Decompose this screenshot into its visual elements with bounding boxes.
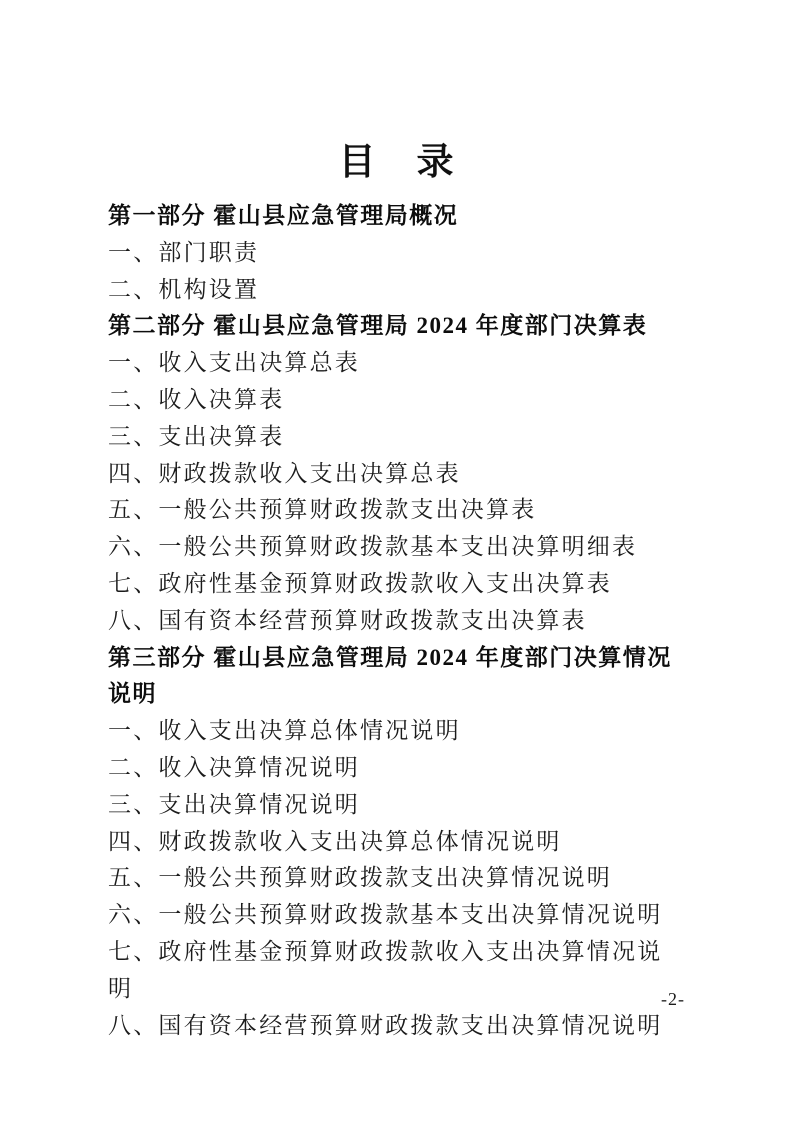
- page-title: 目 录: [108, 140, 686, 184]
- toc-item: 三、支出决算情况说明: [108, 787, 686, 824]
- toc-item: 六、一般公共预算财政拨款基本支出决算情况说明: [108, 897, 686, 934]
- toc-section-3-heading: 第三部分 霍山县应急管理局 2024 年度部门决算情况说明: [108, 640, 686, 714]
- toc-item: 六、一般公共预算财政拨款基本支出决算明细表: [108, 529, 686, 566]
- toc-item: 二、机构设置: [108, 272, 686, 309]
- toc-item: 一、收入支出决算总体情况说明: [108, 713, 686, 750]
- toc-item: 二、收入决算表: [108, 382, 686, 419]
- toc-item: 八、国有资本经营预算财政拨款支出决算情况说明: [108, 1008, 686, 1045]
- toc-item: 一、部门职责: [108, 235, 686, 272]
- toc-item: 七、政府性基金预算财政拨款收入支出决算表: [108, 566, 686, 603]
- toc-content: 目 录 第一部分 霍山县应急管理局概况 一、部门职责 二、机构设置 第二部分 霍…: [108, 140, 686, 1044]
- toc-item: 七、政府性基金预算财政拨款收入支出决算情况说明: [108, 934, 686, 1008]
- toc-item: 四、财政拨款收入支出决算总表: [108, 456, 686, 493]
- toc-item: 二、收入决算情况说明: [108, 750, 686, 787]
- page-number: -2-: [652, 989, 694, 1010]
- toc-item: 四、财政拨款收入支出决算总体情况说明: [108, 824, 686, 861]
- toc-item: 八、国有资本经营预算财政拨款支出决算表: [108, 603, 686, 640]
- toc-item: 五、一般公共预算财政拨款支出决算表: [108, 492, 686, 529]
- document-page: 目 录 第一部分 霍山县应急管理局概况 一、部门职责 二、机构设置 第二部分 霍…: [0, 0, 793, 1122]
- toc-section-1-heading: 第一部分 霍山县应急管理局概况: [108, 198, 686, 235]
- toc-item: 一、收入支出决算总表: [108, 345, 686, 382]
- toc-section-2-heading: 第二部分 霍山县应急管理局 2024 年度部门决算表: [108, 308, 686, 345]
- toc-item: 五、一般公共预算财政拨款支出决算情况说明: [108, 860, 686, 897]
- toc-item: 三、支出决算表: [108, 419, 686, 456]
